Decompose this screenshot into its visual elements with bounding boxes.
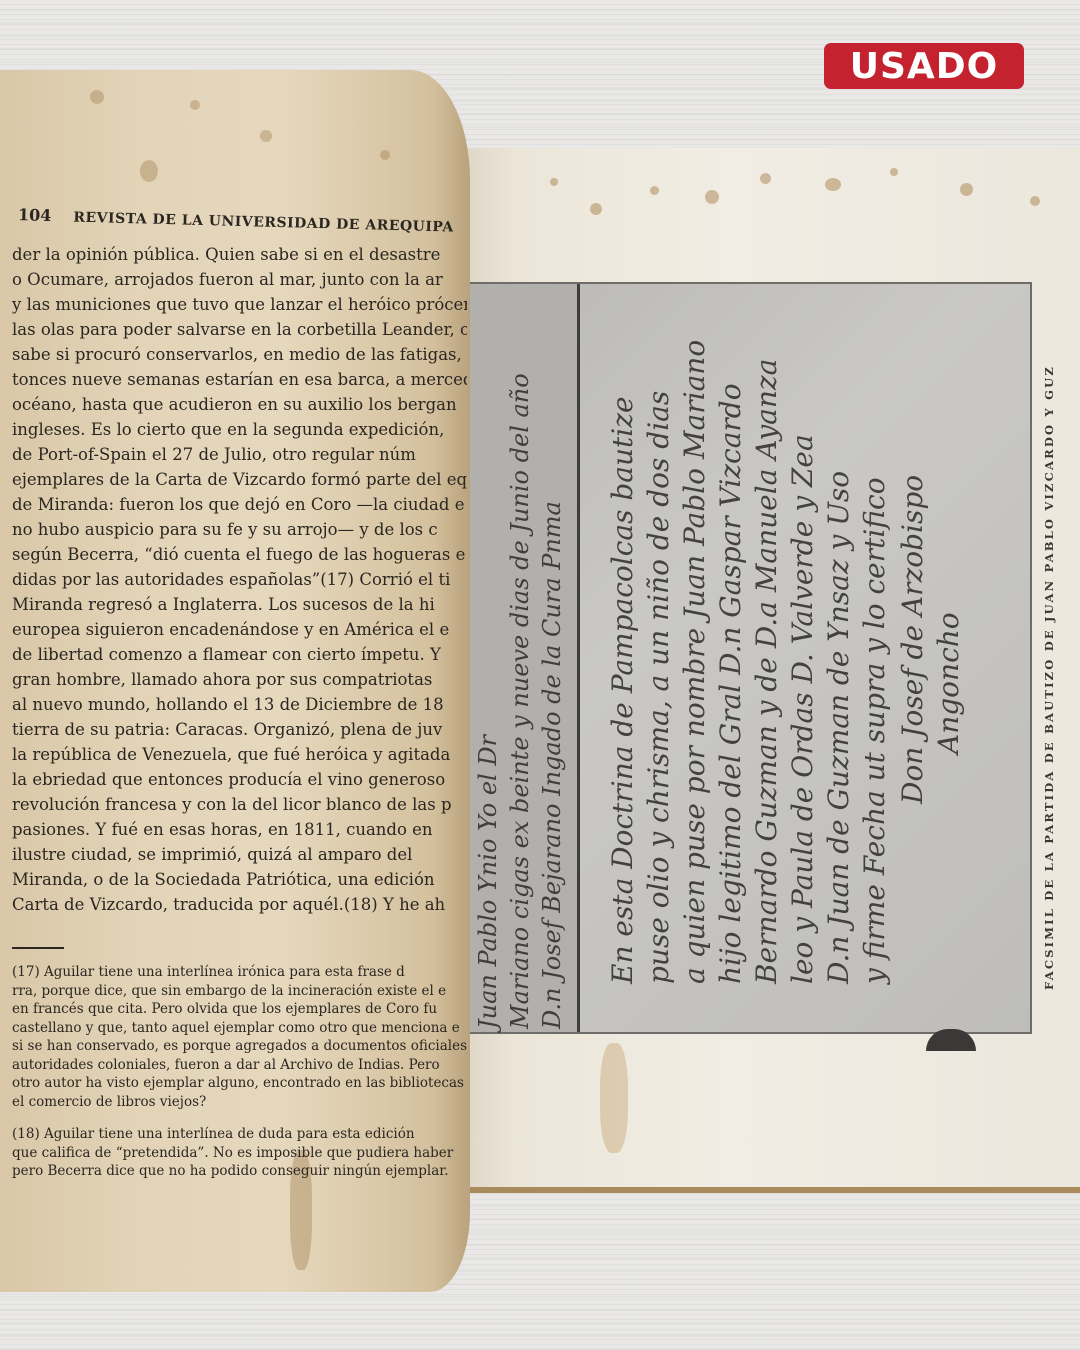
body-line: europea siguieron encadenándose y en Amé…: [12, 617, 467, 642]
footnote-line: otro autor ha visto ejemplar alguno, enc…: [12, 1074, 467, 1093]
age-stain: [650, 186, 659, 195]
age-stain: [190, 100, 200, 110]
footnote-line: pero Becerra dice que no ha podido conse…: [12, 1162, 467, 1181]
body-line: de libertad comenzo a flamear con cierto…: [12, 642, 467, 667]
age-stain: [1030, 196, 1040, 206]
body-line: Miranda, o de la Sociedada Patriótica, u…: [12, 867, 467, 892]
footnote-line: (18) Aguilar tiene una interlínea de dud…: [12, 1125, 467, 1144]
body-line: la ebriedad que entonces producía el vin…: [12, 767, 467, 792]
age-stain: [825, 178, 841, 191]
age-stain: [550, 178, 558, 186]
body-line: según Becerra, “dió cuenta el fuego de l…: [12, 542, 467, 567]
body-line: de Port-of-Spain el 27 de Julio, otro re…: [12, 442, 467, 467]
handwriting-signature: Don Josef de Arzobispo: [896, 475, 929, 804]
body-line: Miranda regresó a Inglaterra. Los suceso…: [12, 592, 467, 617]
body-line: ejemplares de la Carta de Vizcardo formó…: [12, 467, 467, 492]
footnote-line: rra, porque dice, que sin embargo de la …: [12, 982, 467, 1001]
body-line: la república de Venezuela, que fué herói…: [12, 742, 467, 767]
body-line: gran hombre, llamado ahora por sus compa…: [12, 667, 467, 692]
body-line: o Ocumare, arrojados fueron al mar, junt…: [12, 267, 467, 292]
body-line: tierra de su patria: Caracas. Organizó, …: [12, 717, 467, 742]
body-line: ingleses. Es lo cierto que en la segunda…: [12, 417, 467, 442]
age-stain: [590, 203, 602, 215]
facsimile-caption: FACSIMIL DE LA PARTIDA DE BAUTIZO DE JUA…: [1042, 380, 1058, 990]
page-number: 104: [18, 205, 52, 225]
running-header: 104 REVISTA DE LA UNIVERSIDAD DE AREQUIP…: [12, 205, 467, 236]
footnote-line: castellano y que, tanto aquel ejemplar c…: [12, 1019, 467, 1038]
body-line: al nuevo mundo, hollando el 13 de Diciem…: [12, 692, 467, 717]
body-line: revolución francesa y con la del licor b…: [12, 792, 467, 817]
body-line: Carta de Vizcardo, traducida por aquél.(…: [12, 892, 467, 917]
handwriting-line: Juan Pablo Ynio Yo el Dr: [474, 735, 502, 1029]
body-line: no hubo auspicio para su fe y su arrojo—…: [12, 517, 467, 542]
used-condition-badge: USADO: [824, 43, 1024, 89]
caption-text: FACSIMIL DE LA PARTIDA DE BAUTIZO DE JUA…: [1042, 365, 1056, 990]
handwriting-signature: Angoncho: [932, 612, 965, 754]
footnotes: (17) Aguilar tiene una interlínea irónic…: [12, 947, 467, 1181]
body-line: pasiones. Y fué en esas horas, en 1811, …: [12, 817, 467, 842]
body-line: océano, hasta que acudieron en su auxili…: [12, 392, 467, 417]
age-stain: [705, 190, 719, 204]
footnote-rule: [12, 947, 64, 949]
water-stain: [600, 1043, 628, 1153]
footnote-line: si se han conservado, es porque agregado…: [12, 1037, 467, 1056]
footnote-line: en francés que cita. Pero olvida que los…: [12, 1000, 467, 1019]
age-stain: [90, 90, 104, 104]
left-page: 104 REVISTA DE LA UNIVERSIDAD DE AREQUIP…: [0, 70, 470, 1292]
body-line: didas por las autoridades españolas”(17)…: [12, 567, 467, 592]
age-stain: [140, 160, 158, 182]
age-stain: [760, 173, 771, 184]
handwriting-line: a quien puse por nombre Juan Pablo Maria…: [678, 340, 711, 984]
handwriting-line: y firme Fecha ut supra y lo certifico: [858, 477, 891, 984]
body-line: der la opinión pública. Quien sabe si en…: [12, 242, 467, 267]
handwriting-line: Bernardo Guzman y de D.a Manuela Ayanza: [750, 359, 783, 984]
body-line: de Miranda: fueron los que dejó en Coro …: [12, 492, 467, 517]
journal-title: REVISTA DE LA UNIVERSIDAD DE AREQUIPA: [73, 210, 454, 236]
body-line: y las municiones que tuvo que lanzar el …: [12, 292, 467, 317]
age-stain: [890, 168, 898, 176]
body-line: tonces nueve semanas estarían en esa bar…: [12, 367, 467, 392]
handwriting-line: hijo legitimo del Gral D.n Gaspar Vizcar…: [714, 383, 747, 984]
footnote-line: el comercio de libros viejos?: [12, 1093, 467, 1112]
handwriting-line: Mariano cigas ex beinte y nueve dias de …: [506, 373, 534, 1029]
right-page: Juan Pablo Ynio Yo el Dr Mariano cigas e…: [440, 148, 1080, 1193]
footnote-line: (17) Aguilar tiene una interlínea irónic…: [12, 963, 467, 982]
ink-blot: [926, 1029, 976, 1051]
body-line: las olas para poder salvarse en la corbe…: [12, 317, 467, 342]
body-line: ilustre ciudad, se imprimió, quizá al am…: [12, 842, 467, 867]
page-text: 104 REVISTA DE LA UNIVERSIDAD DE AREQUIP…: [12, 205, 467, 1181]
age-stain: [380, 150, 390, 160]
age-stain: [960, 183, 973, 196]
handwriting-line: En esta Doctrina de Pampacolcas bautize: [606, 396, 639, 984]
body-line: sabe si procuró conservarlos, en medio d…: [12, 342, 467, 367]
age-stain: [260, 130, 272, 142]
footnote-line: autoridades coloniales, fueron a dar al …: [12, 1056, 467, 1075]
handwriting-line: D.n Juan de Guzman de Ynsaz y Uso: [822, 471, 855, 984]
handwriting-line: D.n Josef Bejarano Ingado de la Cura Pnm…: [538, 501, 566, 1029]
handwriting-line: leo y Paula de Ordas D. Valverde y Zea: [786, 434, 819, 984]
baptism-record-facsimile: Juan Pablo Ynio Yo el Dr Mariano cigas e…: [454, 282, 1032, 1034]
footnote-line: que califica de “pretendida”. No es impo…: [12, 1144, 467, 1163]
handwriting-line: puse olio y chrisma, a un niño de dos di…: [642, 391, 675, 984]
